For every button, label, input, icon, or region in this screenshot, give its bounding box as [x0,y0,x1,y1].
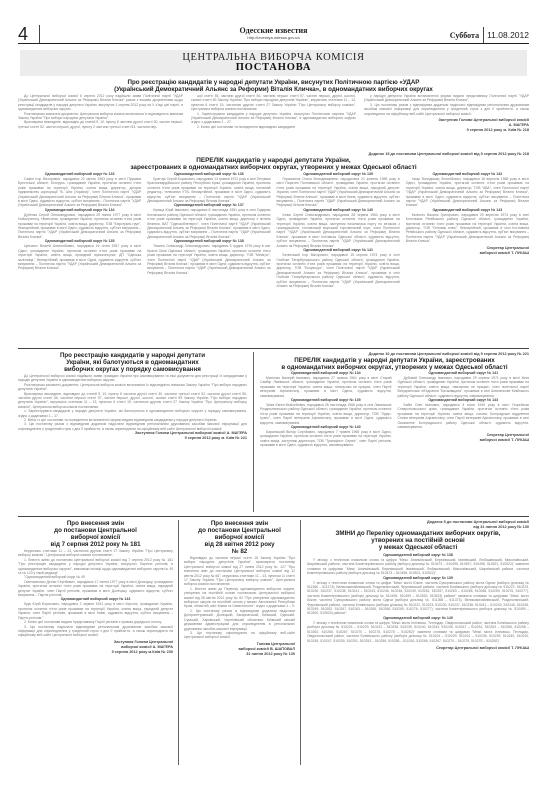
candidate-entry: Келіогло Василь Григорович, народився 29… [406,213,529,244]
list-self-nominees-odesa: Додаток 10 до постанови Центральної вибо… [253,352,529,512]
candidate-entry: Білик Сергій Олександрович, народився 28… [277,213,400,248]
candidate-entry: Бабін Олег Іванович, народився 3 січня 1… [398,403,530,429]
signature: Секретар Центральної виборчої комісії Т.… [406,246,529,256]
self-nomination-block: Про реєстрацію кандидатів у народні депу… [18,352,529,512]
candidate-entry: Герасим'юк Ольга Володимирівна, народила… [277,177,400,208]
list-column-2: Одномандатний виборчий округ № 136 Братч… [147,172,270,344]
candidate-entry: Баранський Віктор Сергійович, народився … [260,430,392,448]
candidate-entry: Заїка Євген Мойсейович, народився 28 лис… [260,403,392,425]
addendum-note: Додаток 5 до постанови Центральної вибор… [307,520,529,530]
district-list: Одномандатний виборчий округ № 133 Сафін… [18,172,529,344]
article-body: До Центральної виборчої комісії надійшли… [18,374,247,431]
article-changes-districts: Додаток 5 до постанови Центральної вибор… [300,520,529,765]
list-heading: ПЕРЕЛІК кандидатів у народні депутати Ук… [18,157,529,171]
article-body: Відповідно до частини першої статті 18 З… [184,556,295,640]
candidate-entry: Братчук Сергій Борисович, народився 13 т… [147,177,270,203]
paper-title-block: Одесские известия http://izvestiya.odess… [18,26,529,40]
masthead: 4 Одесские известия http://izvestiya.ode… [18,24,529,44]
banner-subtitle: ПОСТАНОВА [20,63,527,73]
district-changes: Одномандатний виборчий округ № 138 У зв'… [307,553,529,643]
article-heading: Про реєстрацію кандидатів у народні депу… [18,79,529,93]
candidate-entry: Тімонін Олександр Олександрович, народив… [147,244,270,275]
body-column-1: До Центральної виборчої комісії 6 серпня… [18,94,183,150]
paper-url[interactable]: http://izvestiya.odessa.gov.ua [18,35,529,40]
article-heading: Про внесення змін до постанови Центральн… [184,520,295,555]
list-column-2: Одномандатний виборчий округ № 141 Дубов… [398,371,530,448]
article-self-nomination: Про реєстрацію кандидатів у народні депу… [18,352,253,512]
list-column-3: Одномандатний виборчий округ № 139 Герас… [277,172,400,344]
body-column-3: у народні депутати України встановленої … [364,94,529,150]
district-change-text: У зв'язку з технічною помилкою слова та … [307,621,529,643]
signature: Заступник Голови Центральної виборчої ко… [364,118,529,133]
section-divider [18,348,529,349]
signature: Секретар Центральної виборчої комісії Т.… [307,646,529,651]
candidate-entry: Кірюца Юрій Іванович, народився 8 листоп… [147,208,270,239]
article-body: До Центральної виборчої комісії 6 серпня… [18,94,529,150]
list-column-1: Одномандатний виборчий округ № 133 Сафін… [18,172,141,344]
signature: Секретар Центральної виборчої комісії Т.… [398,433,530,443]
body-column-2: шої статті 55, частини другої статті 56,… [191,94,356,150]
section-banner: ЦЕНТРАЛЬНА ВИБОРЧА КОМІСІЯ ПОСТАНОВА [20,50,527,76]
list-column-1: Одномандатний виборчий округ № 134 Матюн… [260,371,392,448]
article-heading: Про реєстрацію кандидатів у народні депу… [18,352,247,373]
amendments-block: Про внесення змін до постанови Центральн… [18,520,529,765]
list-column-4: Одномандатний виборчий округ № 142 Інсар… [406,172,529,344]
candidate-entry: Інсар Володимир Леонтійович, народився 1… [406,177,529,208]
candidate-entry: Сафін Ігор Вікторович, народився 22 квіт… [18,177,141,208]
signature: Заступник Голови Центральної виборчої ко… [18,640,173,655]
paper-name: Одесские известия [18,26,529,35]
district-change-text: У зв'язку з технічною помилкою слова та … [307,558,529,576]
candidate-entry: Белінський Ігор Вікторович, народився 15… [277,253,400,288]
signature: Заступник Голови Центральної виборчої ко… [18,431,247,441]
candidate-entry: Дубовий Олександр Іванович, народився 29… [398,376,530,398]
candidate-entry: Дубенко Сергій Олександрович, народився … [18,213,141,239]
article-heading: Про внесення змін до постанови Центральн… [18,520,173,548]
newspaper-page: 4 Одесские известия http://izvestiya.ode… [18,24,529,765]
list-heading: ПЕРЕЛІК кандидатів у народні депутати Ук… [260,357,529,371]
article-registration-udar: Про реєстрацію кандидатів у народні депу… [18,79,529,150]
section-divider [18,516,529,517]
candidate-entry: Матюнко Валерій Іванович, народився 27 т… [260,376,392,398]
signature: Голова Центральної виборчої комісії В. Ш… [184,642,295,657]
article-amendment-181: Про внесення змін до постанови Центральн… [18,520,178,765]
article-amendment-82: Про внесення змін до постанови Центральн… [178,520,300,765]
district-list: Одномандатний виборчий округ № 134 Матюн… [260,371,529,448]
district-change-text: У зв'язку з технічною помилкою слова та … [307,581,529,616]
article-heading: ЗМІНИ до Переліку одномандатних виборчих… [307,530,529,551]
list-candidates-udar-odesa: Додаток 15 до постанови Центральної вибо… [18,152,529,344]
candidate-entry: Ценович Віталій Анатолійович, народився … [18,244,141,270]
article-body: Керуючись статтями 11 – 13, частиною дру… [18,549,173,638]
